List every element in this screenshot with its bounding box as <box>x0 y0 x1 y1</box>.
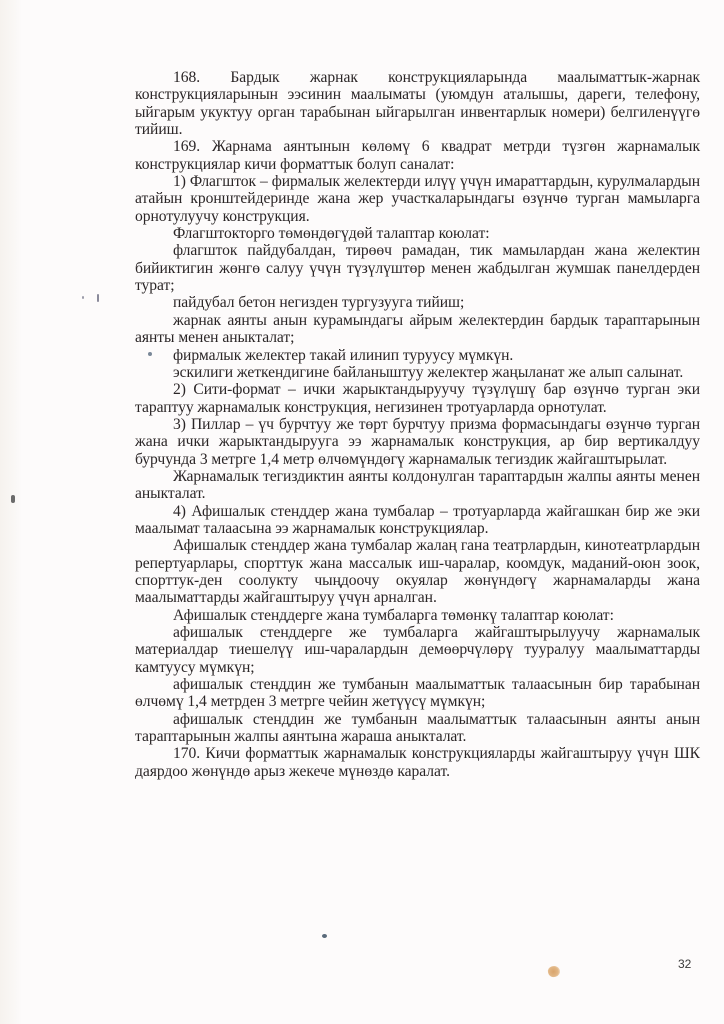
paragraph-pillar-area: Жарнамалык тегиздиктин аянты колдонулган… <box>135 468 700 503</box>
scan-speck <box>148 352 152 356</box>
document-body: 168. Бардык жарнак конструкцияларында ма… <box>135 69 700 780</box>
paragraph-poster-stands-requirement-3: афишалык стенддин же тумбанын маалыматты… <box>135 711 700 746</box>
paragraph-169: 169. Жарнама аянтынын көлөмү 6 квадрат м… <box>135 138 700 173</box>
paragraph-poster-stands-purpose: Афишалык стенддер жана тумбалар жалаң га… <box>135 537 700 606</box>
scan-speck <box>82 296 84 299</box>
paragraph-168: 168. Бардык жарнак конструкцияларында ма… <box>135 69 700 138</box>
page-number: 32 <box>678 957 691 971</box>
paragraph-flagpole-definition: 1) Флагшток – фирмалык желектерди илүү ү… <box>135 173 700 225</box>
paragraph-flagpole-requirement-4: фирмалык желектер такай илинип туруусу м… <box>135 347 700 364</box>
paragraph-170: 170. Кичи форматтык жарнамалык конструкц… <box>135 745 700 780</box>
scan-speck <box>97 294 99 302</box>
paragraph-city-format: 2) Сити-формат – ички жарыктандыруучу тү… <box>135 381 700 416</box>
paper-stain <box>547 965 561 979</box>
scan-speck <box>11 495 15 503</box>
paragraph-pillar: 3) Пиллар – үч бурчтуу же төрт бурчтуу п… <box>135 416 700 468</box>
paragraph-flagpole-requirements-heading: Флагштокторго төмөндөгүдөй талаптар коюл… <box>135 225 700 242</box>
scan-speck <box>140 457 142 459</box>
paragraph-flagpole-requirement-3: жарнак аянты анын курамындагы айрым желе… <box>135 312 700 347</box>
paragraph-flagpole-requirement-2: пайдубал бетон негизден тургузууга тийиш… <box>135 294 700 311</box>
paragraph-flagpole-requirement-1: флагшток пайдубалдан, тирөөч рамадан, ти… <box>135 242 700 294</box>
scan-speck <box>322 934 327 938</box>
paragraph-poster-stands-requirement-1: афишалык стенддерге же тумбаларга жайгаш… <box>135 624 700 676</box>
paragraph-poster-stands: 4) Афишалык стенддер жана тумбалар – тро… <box>135 503 700 538</box>
scanned-page-edge <box>0 0 22 1024</box>
paragraph-flagpole-requirement-5: эскилиги жеткендигине байланыштуу желект… <box>135 364 700 381</box>
paragraph-poster-stands-requirement-2: афишалык стенддин же тумбанын маалыматты… <box>135 676 700 711</box>
paragraph-poster-stands-requirements-heading: Афишалык стенддерге жана тумбаларга төмө… <box>135 607 700 624</box>
